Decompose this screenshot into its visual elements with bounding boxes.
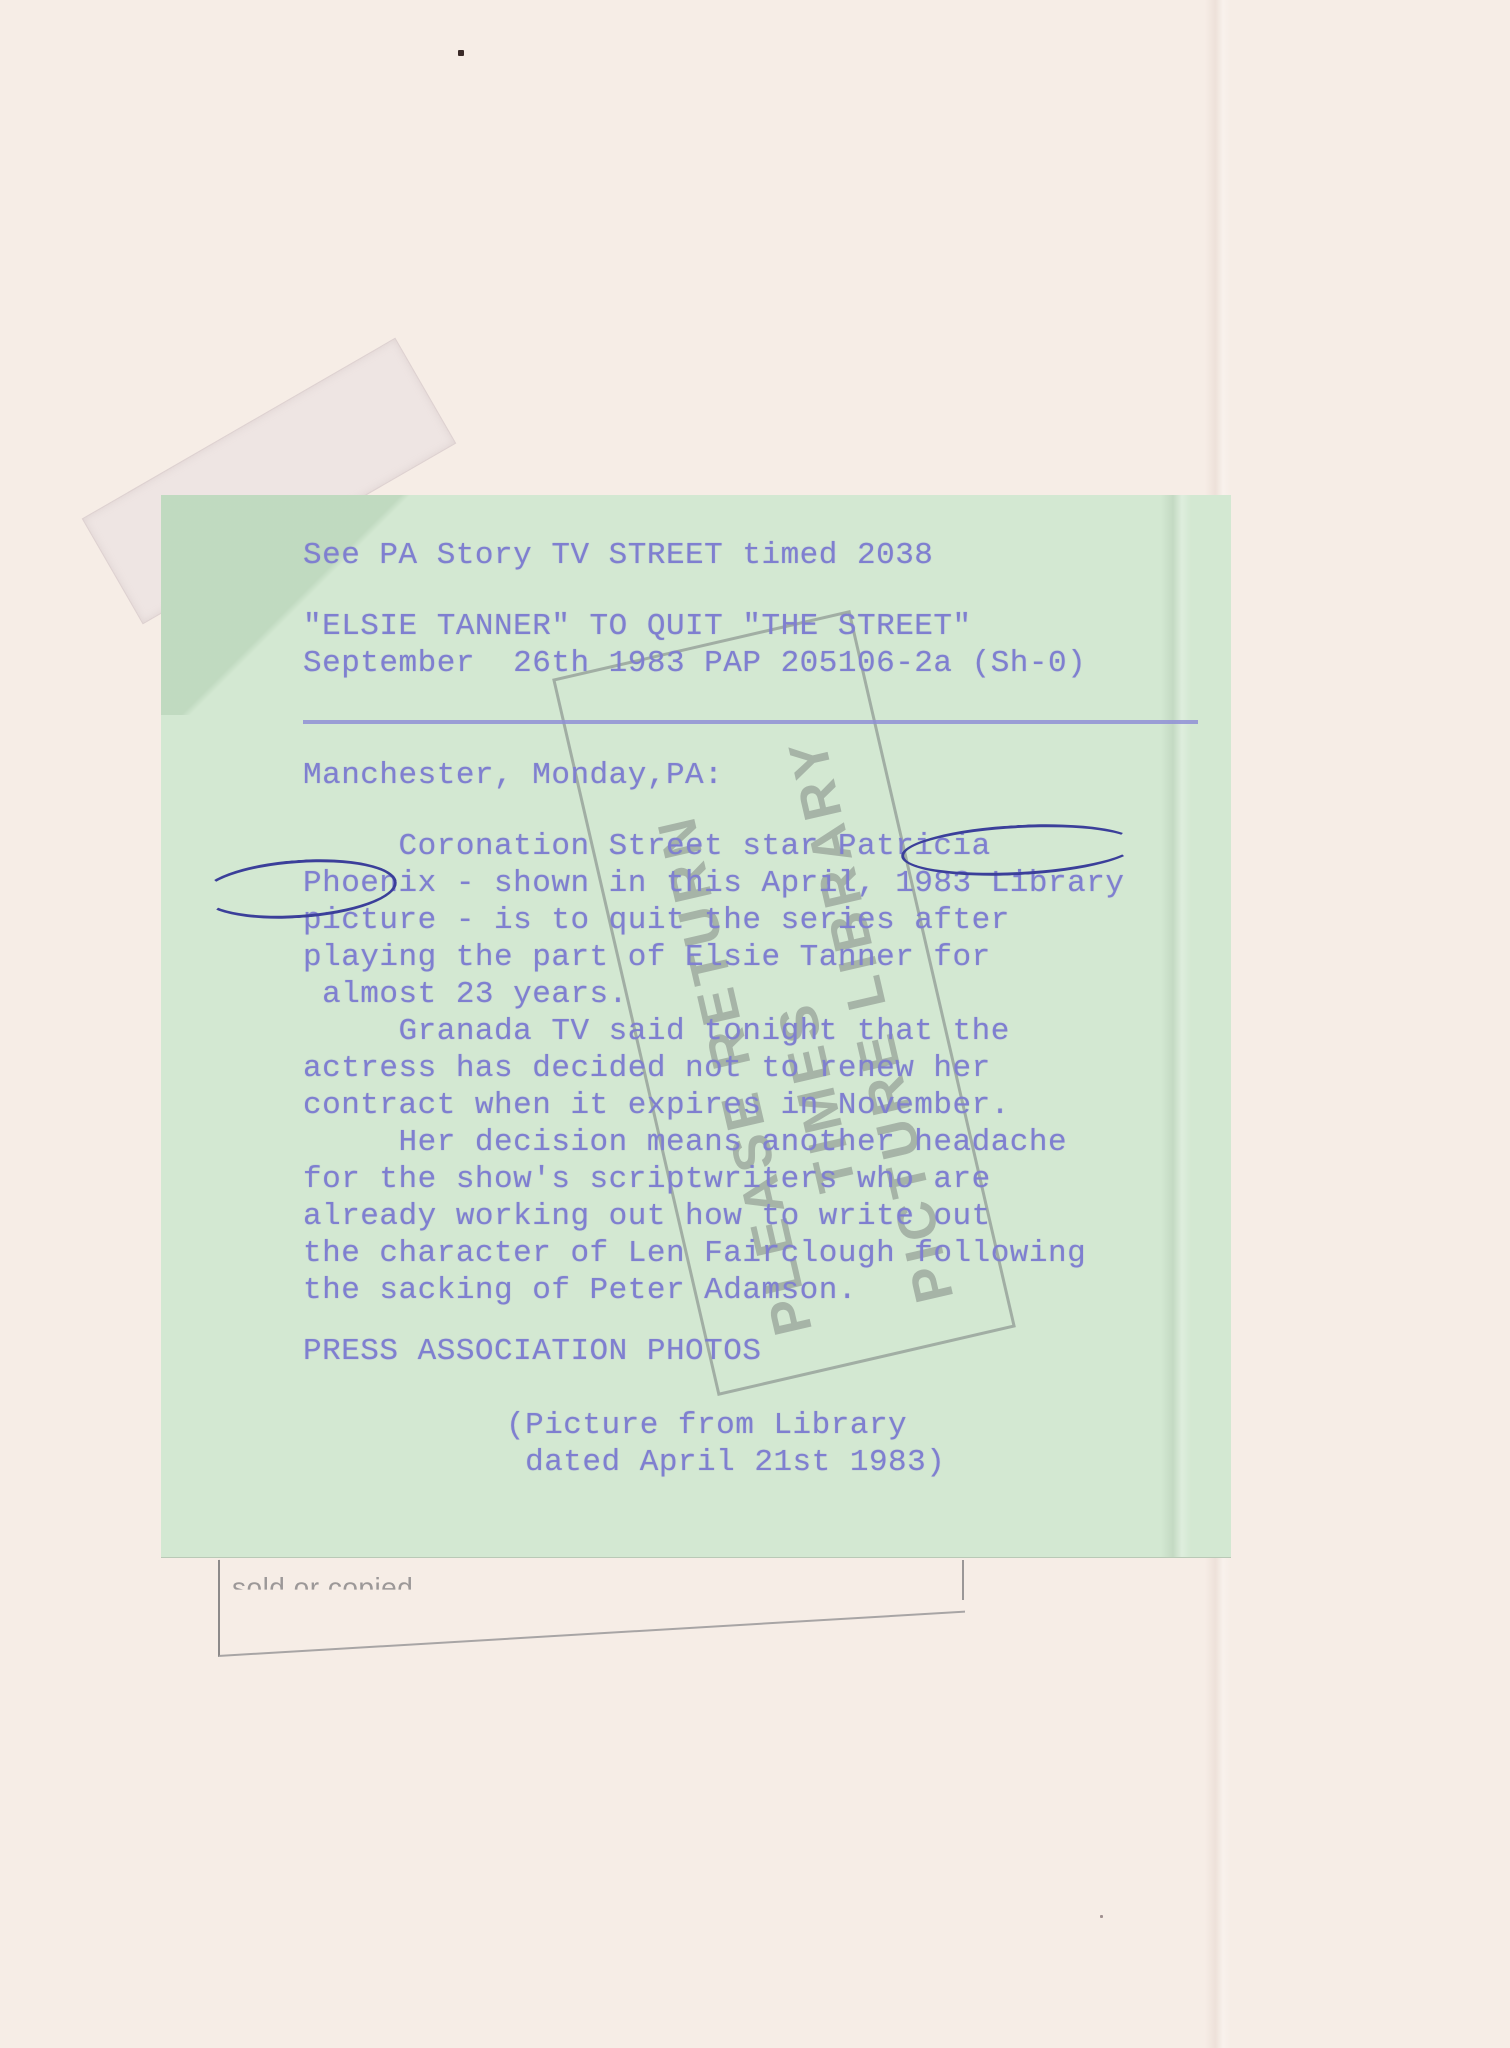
body-line: playing the part of Elsie Tanner for <box>303 939 1124 976</box>
body-line: the character of Len Fairclough followin… <box>303 1235 1124 1272</box>
credit-line: PRESS ASSOCIATION PHOTOS <box>303 1333 761 1370</box>
body-line: picture - is to quit the series after <box>303 902 1124 939</box>
date-line: September 26th 1983 PAP 205106-2a (Sh-0) <box>303 645 1086 682</box>
divider-rule <box>303 720 1198 724</box>
ink-speck <box>458 50 464 56</box>
caption-body: Coronation Street star Patricia Phoenix … <box>303 828 1124 1309</box>
caption-card: PICTURE LIBRARY TIMES PLEASE RETURN See … <box>161 495 1231 1557</box>
body-line: Her decision means another headache <box>303 1124 1124 1161</box>
library-note-line-2: dated April 21st 1983) <box>506 1444 945 1481</box>
body-line: Granada TV said tonight that the <box>303 1013 1124 1050</box>
body-line: actress has decided not to renew her <box>303 1050 1124 1087</box>
back-label-frame-edge <box>962 1560 964 1600</box>
body-line: for the show's scriptwriters who are <box>303 1161 1124 1198</box>
card-fold-crease <box>1161 495 1191 1557</box>
reference-line: See PA Story TV STREET timed 2038 <box>303 537 933 574</box>
tape-shadow <box>161 495 421 715</box>
body-line: the sacking of Peter Adamson. <box>303 1272 1124 1309</box>
ink-speck <box>1100 1915 1103 1918</box>
body-line: almost 23 years. <box>303 976 1124 1013</box>
headline: "ELSIE TANNER" TO QUIT "THE STREET" <box>303 608 972 645</box>
library-note-line-1: (Picture from Library <box>506 1407 907 1444</box>
dateline: Manchester, Monday,PA: <box>303 757 723 794</box>
body-line: already working out how to write out <box>303 1198 1124 1235</box>
body-line: contract when it expires in November. <box>303 1087 1124 1124</box>
